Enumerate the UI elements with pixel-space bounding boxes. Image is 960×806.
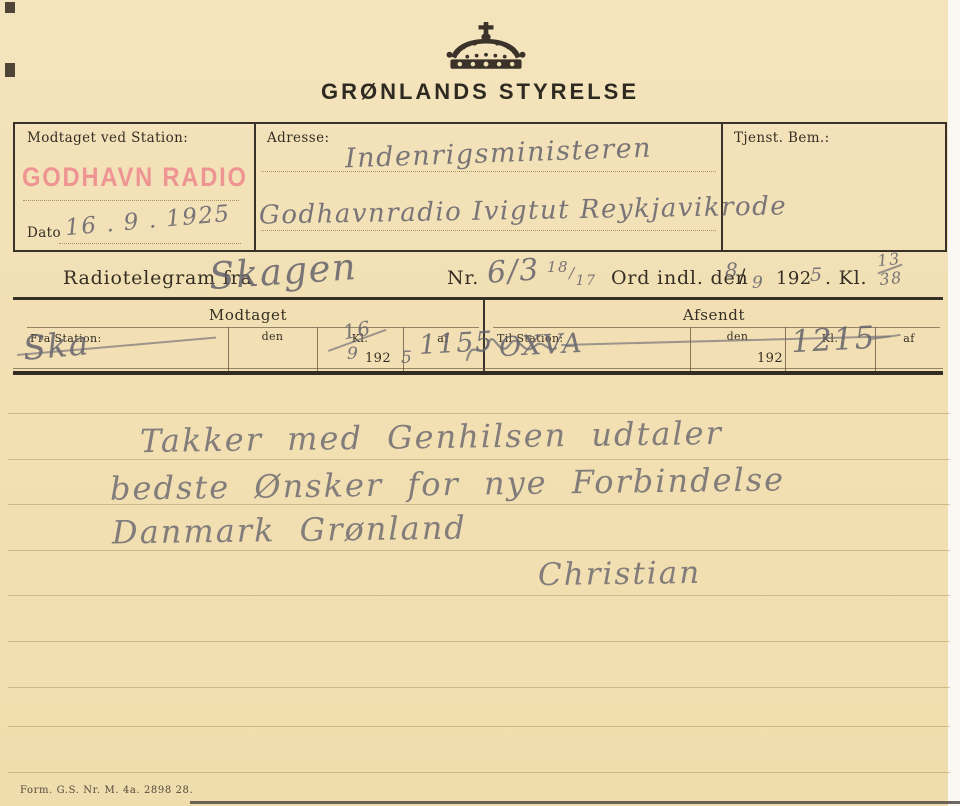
nr-fraction: 18/17 [547,258,596,289]
form-number: Form. G.S. Nr. M. 4a. 2898 28. [20,785,193,796]
nr-fraction-bottom: 17 [576,273,597,289]
address-label: Adresse: [267,130,329,146]
dotted-line [23,200,239,201]
received-month-value: 9 [347,344,359,364]
message-signature: Christian [538,555,702,593]
date-value: 16 . 9 . 1925 [64,201,231,241]
service-note-label: Tjenst. Bem.: [734,130,830,146]
kl-label: . Kl. [825,267,867,289]
received-at-station-label: Modtaget ved Station: [27,130,188,146]
double-rule-thin [13,368,943,369]
dotted-line [261,230,716,231]
double-rule-thick [13,371,943,375]
received-header: Modtaget [13,306,483,324]
address-line2: Godhavnradio Ivigtut Reykjavikrode [259,191,788,230]
received-year-suffix: 5 [401,348,413,368]
dotted-line [59,243,241,244]
message-line-1: Takker med Genhilsen udtaler [140,414,723,460]
station-stamp: GODHAVN RADIO [22,162,248,193]
scan-edge-strip [948,0,960,806]
sent-kl-value: 1215 [790,320,877,360]
kl-fraction: 13 38 [875,251,904,287]
dotted-line [261,171,716,172]
from-station-value: Ska [21,323,91,368]
table-divider [721,124,723,250]
message-line-2: bedste Ønsker for nye Forbindelse [110,460,786,507]
table-divider [254,124,256,250]
address-line1: Indenrigsministeren [345,133,653,175]
year-printed: 192 [776,268,812,289]
ruled-line [8,772,950,773]
origin-station-value: Skagen [208,245,359,298]
sent-year-printed: 192 [757,351,783,366]
ord-month-value: 9 [752,273,764,293]
received-year-printed: 192 [365,351,391,366]
ruled-line [8,687,950,688]
ruled-line [8,413,950,414]
scan-mark [5,2,15,13]
routing-table: Modtaget Afsendt Fra Station: den Kl. af… [13,297,943,371]
org-title: GRØNLANDS STYRELSE [0,79,960,105]
header-table: Modtaget ved Station: GODHAVN RADIO Dato… [13,122,947,252]
message-line-3: Danmark Grønland [112,509,467,552]
ruled-line [8,641,950,642]
received-by-signature-scribble [463,330,559,368]
sent-af-label: af [875,332,943,345]
nr-fraction-top: 18 [547,258,569,276]
year-suffix-handwritten: 5 [810,264,824,286]
received-den-label: den [228,330,317,343]
printed-slash: / [739,265,746,287]
ruled-line [8,595,950,596]
nr-label: Nr. [447,267,479,289]
scan-mark [5,63,15,77]
telegram-form-scan: GRØNLANDS STYRELSE Modtaget ved Station:… [0,0,960,806]
scan-bottom-edge [190,801,960,804]
ord-day-value: 8 [725,258,739,282]
header-underline [27,327,479,328]
nr-value: 6/3 [486,252,541,291]
royal-crown-icon [438,22,534,78]
ruled-line [8,726,950,727]
telegram-number-row: Radiotelegram fra Skagen Nr. 6/3 18/17 O… [13,250,943,300]
date-label: Dato [27,225,61,241]
